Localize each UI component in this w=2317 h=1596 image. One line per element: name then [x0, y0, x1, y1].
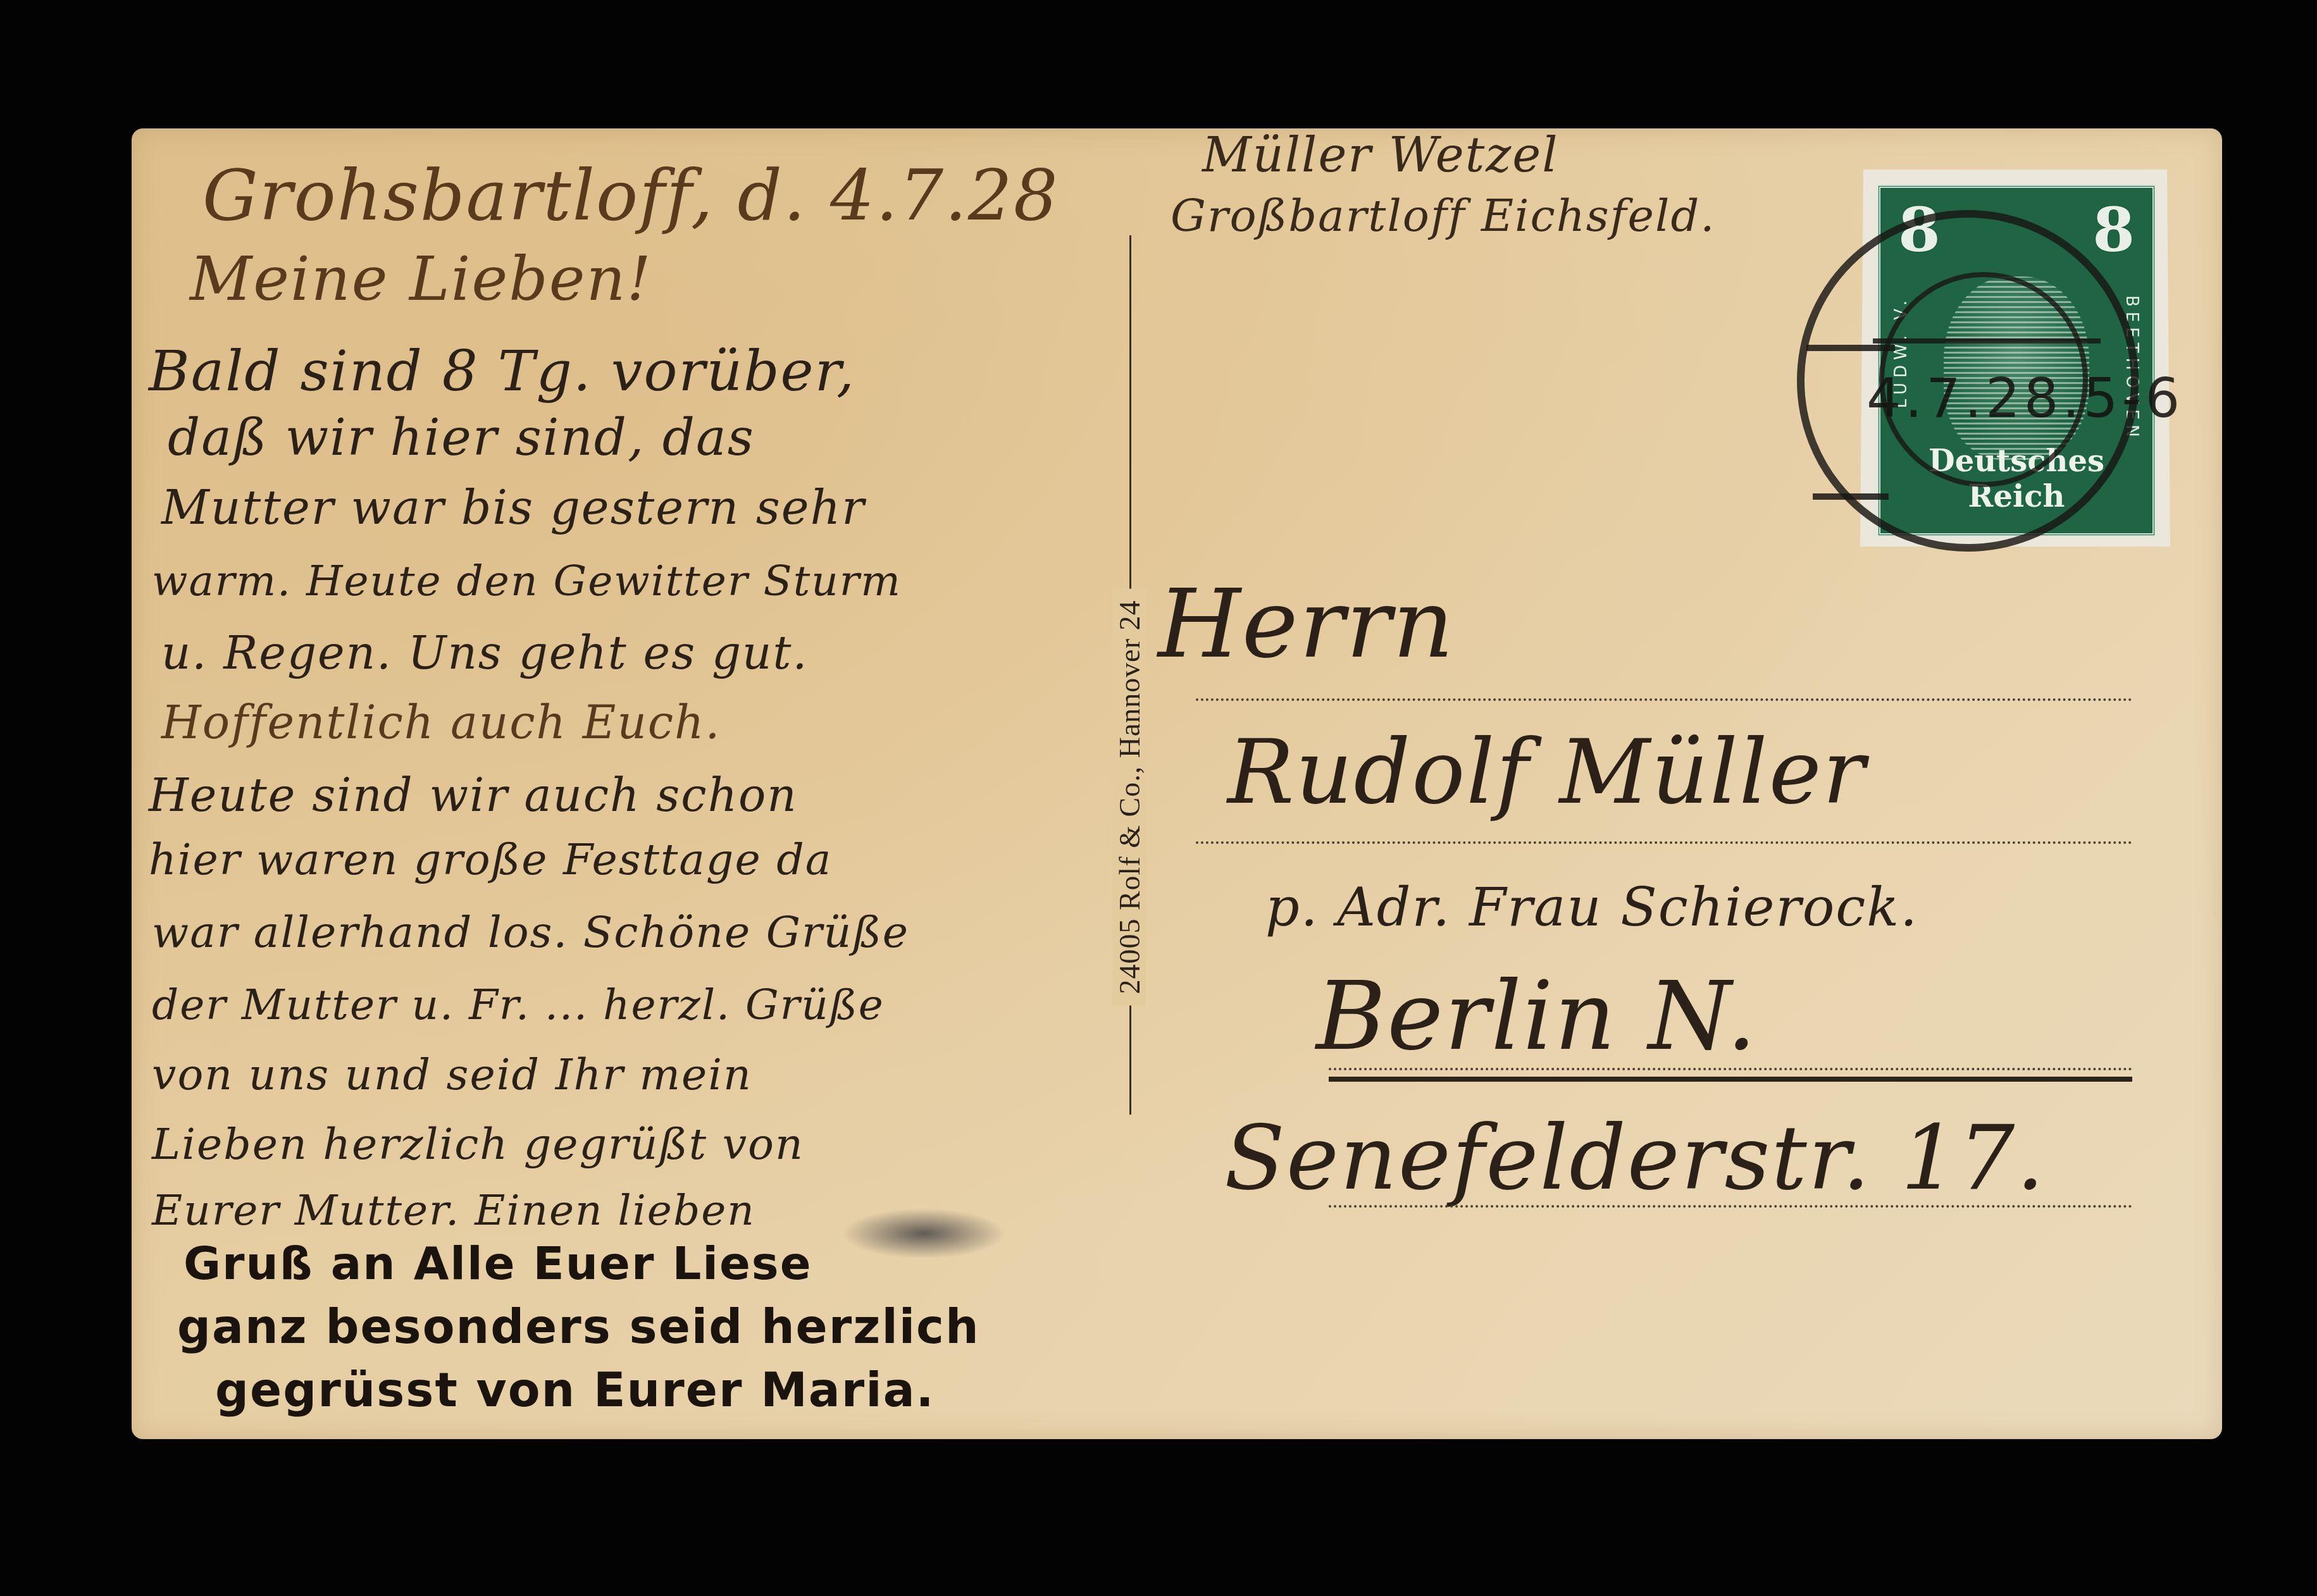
message-line: Lieben herzlich gegrüßt von	[152, 1120, 804, 1170]
address-salutation: Herrn	[1158, 569, 1455, 679]
address-street: Senefelderstr. 17.	[1224, 1107, 2046, 1210]
message-line: Gruß an Alle Euer Liese	[183, 1237, 812, 1290]
sender-name: Müller Wetzel	[1202, 127, 1559, 183]
message-line: Eurer Mutter. Einen lieben	[152, 1186, 755, 1235]
address-line-4	[1329, 1205, 2132, 1208]
stamp-value-right: 8	[2092, 194, 2135, 266]
message-line: Bald sind 8 Tg. vorüber,	[149, 338, 855, 404]
message-line: ganz besonders seid herzlich	[177, 1300, 980, 1354]
address-line-2	[1196, 841, 2132, 844]
message-line-signature: gegrüsst von Eurer Maria.	[215, 1363, 935, 1418]
postmark-bar	[1806, 345, 1895, 351]
message-line-date: Grohsbartloff, d. 4.7.28	[202, 155, 1059, 236]
sender-place: Großbartloff Eichsfeld.	[1171, 190, 1716, 242]
message-line: von uns und seid Ihr mein	[152, 1050, 752, 1100]
postmark-date: 4.7.28.5-6	[1867, 367, 2183, 430]
printer-imprint: 24005 Rolf & Co., Hannover 24	[1113, 588, 1146, 1005]
message-line: Heute sind wir auch schon	[149, 769, 798, 822]
message-line: Hoffentlich auch Euch.	[161, 696, 721, 749]
message-line: war allerhand los. Schöne Grüße	[152, 908, 909, 958]
address-city: Berlin N.	[1316, 962, 1758, 1072]
message-line: der Mutter u. Fr. ... herzl. Grüße	[152, 980, 885, 1029]
address-line-1	[1196, 698, 2132, 701]
message-line: u. Regen. Uns geht es gut.	[161, 626, 808, 679]
postmark-bar	[1873, 338, 2101, 343]
message-line: warm. Heute den Gewitter Sturm	[152, 557, 902, 605]
address-line-3	[1329, 1068, 2132, 1070]
postmark-bar	[1813, 493, 1889, 500]
address-care-of: p. Adr. Frau Schierock.	[1265, 876, 1918, 938]
address-underline	[1329, 1077, 2132, 1082]
message-line: Mutter war bis gestern sehr	[161, 481, 866, 535]
address-name: Rudolf Müller	[1227, 721, 1866, 824]
message-line: hier waren große Festtage da	[149, 835, 832, 885]
ink-smudge	[842, 1208, 1006, 1259]
message-line: Meine Lieben!	[190, 244, 652, 314]
message-line: daß wir hier sind, das	[168, 408, 755, 467]
